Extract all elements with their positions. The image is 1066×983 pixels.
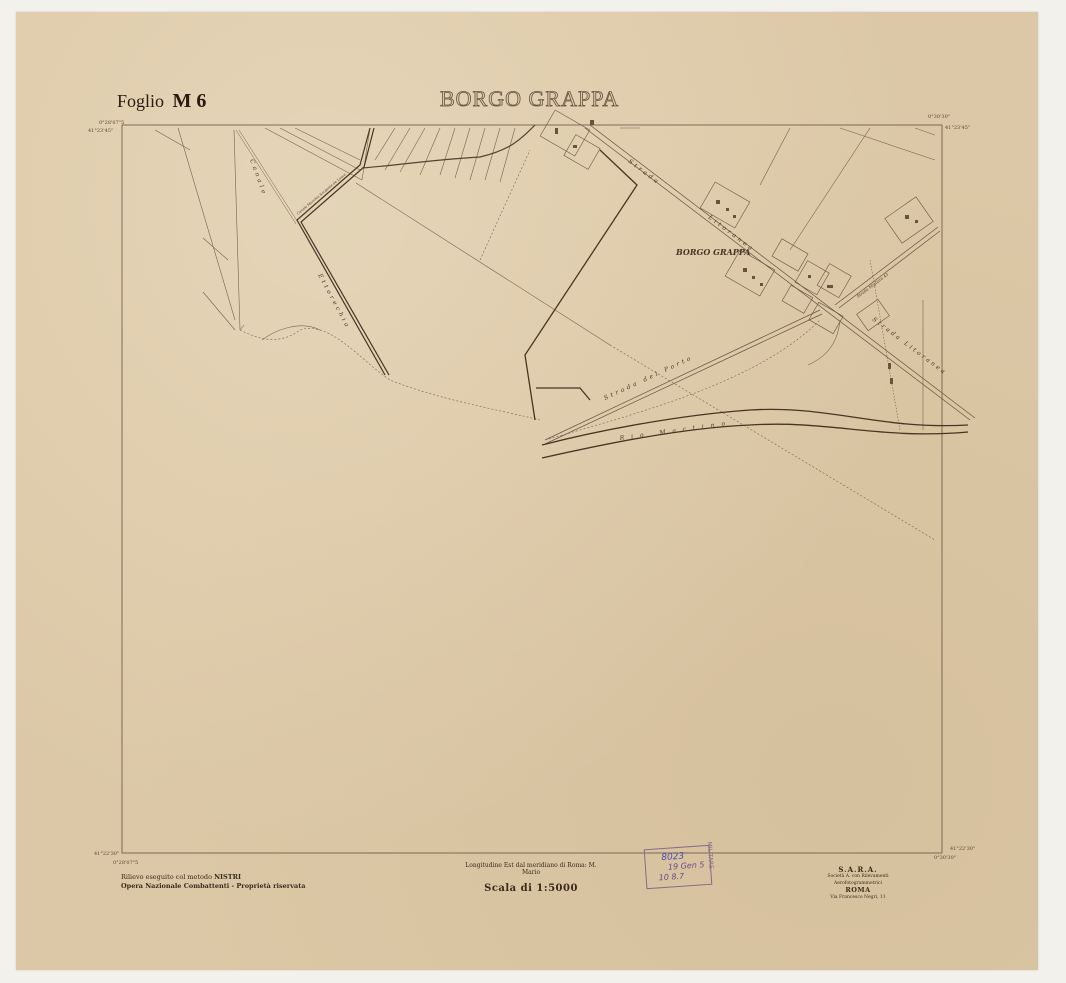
publisher-block: S.A.R.A. Società A. con Rilevamenti Aero…: [808, 866, 908, 901]
survey-line: Rilievo eseguito col metodo: [121, 873, 212, 881]
label-strada-litoranea-2: Strada Litoranea: [871, 316, 948, 377]
scale-text: Scala di 1:5000: [456, 883, 606, 894]
publisher-address: Via Francesco Negri, 11: [808, 894, 908, 901]
label-strada-1: Strada: [627, 158, 662, 187]
map-drawing: BORGO GRAPPA Canale Ettorechia Canale Ma…: [0, 0, 1066, 983]
stamp-date-1: 19 Gen 5: [668, 860, 705, 872]
label-rio-martino: Rio Martino: [618, 419, 732, 442]
strada-migliara: [835, 227, 940, 308]
map-frame: [122, 125, 942, 853]
owner-line: Opera Nazionale Combattenti - Proprietà …: [121, 882, 305, 891]
canal-ettorechia: [297, 128, 389, 375]
publisher-sub: Società A. con Rilevamenti Aerofotogramm…: [808, 873, 908, 887]
publisher-name: S.A.R.A.: [808, 866, 908, 873]
label-borgo-grappa: BORGO GRAPPA: [675, 247, 750, 257]
parcel-lines: [155, 128, 935, 540]
survey-credits: Rilievo eseguito col metodo NISTRI Opera…: [121, 873, 305, 891]
rio-martino: [542, 409, 968, 458]
stamp-date-2: 10 8.7: [658, 872, 684, 883]
scale-block: Longitudine Est dal meridiano di Roma: M…: [456, 862, 606, 894]
longitude-note: Longitudine Est dal meridiano di Roma: M…: [456, 862, 606, 876]
label-strada-del-porto: Strada del Porto: [603, 354, 695, 402]
survey-method: NISTRI: [214, 873, 241, 881]
stamp-side-text: MILITARE: [705, 841, 714, 869]
publisher-city: ROMA: [808, 887, 908, 894]
label-fosso: Canale Macchia Sorgente de Lasca: [296, 172, 347, 215]
building-parcels: [540, 110, 933, 334]
archive-stamp: 8023 19 Gen 5 10 8.7 MILITARE: [644, 845, 713, 890]
